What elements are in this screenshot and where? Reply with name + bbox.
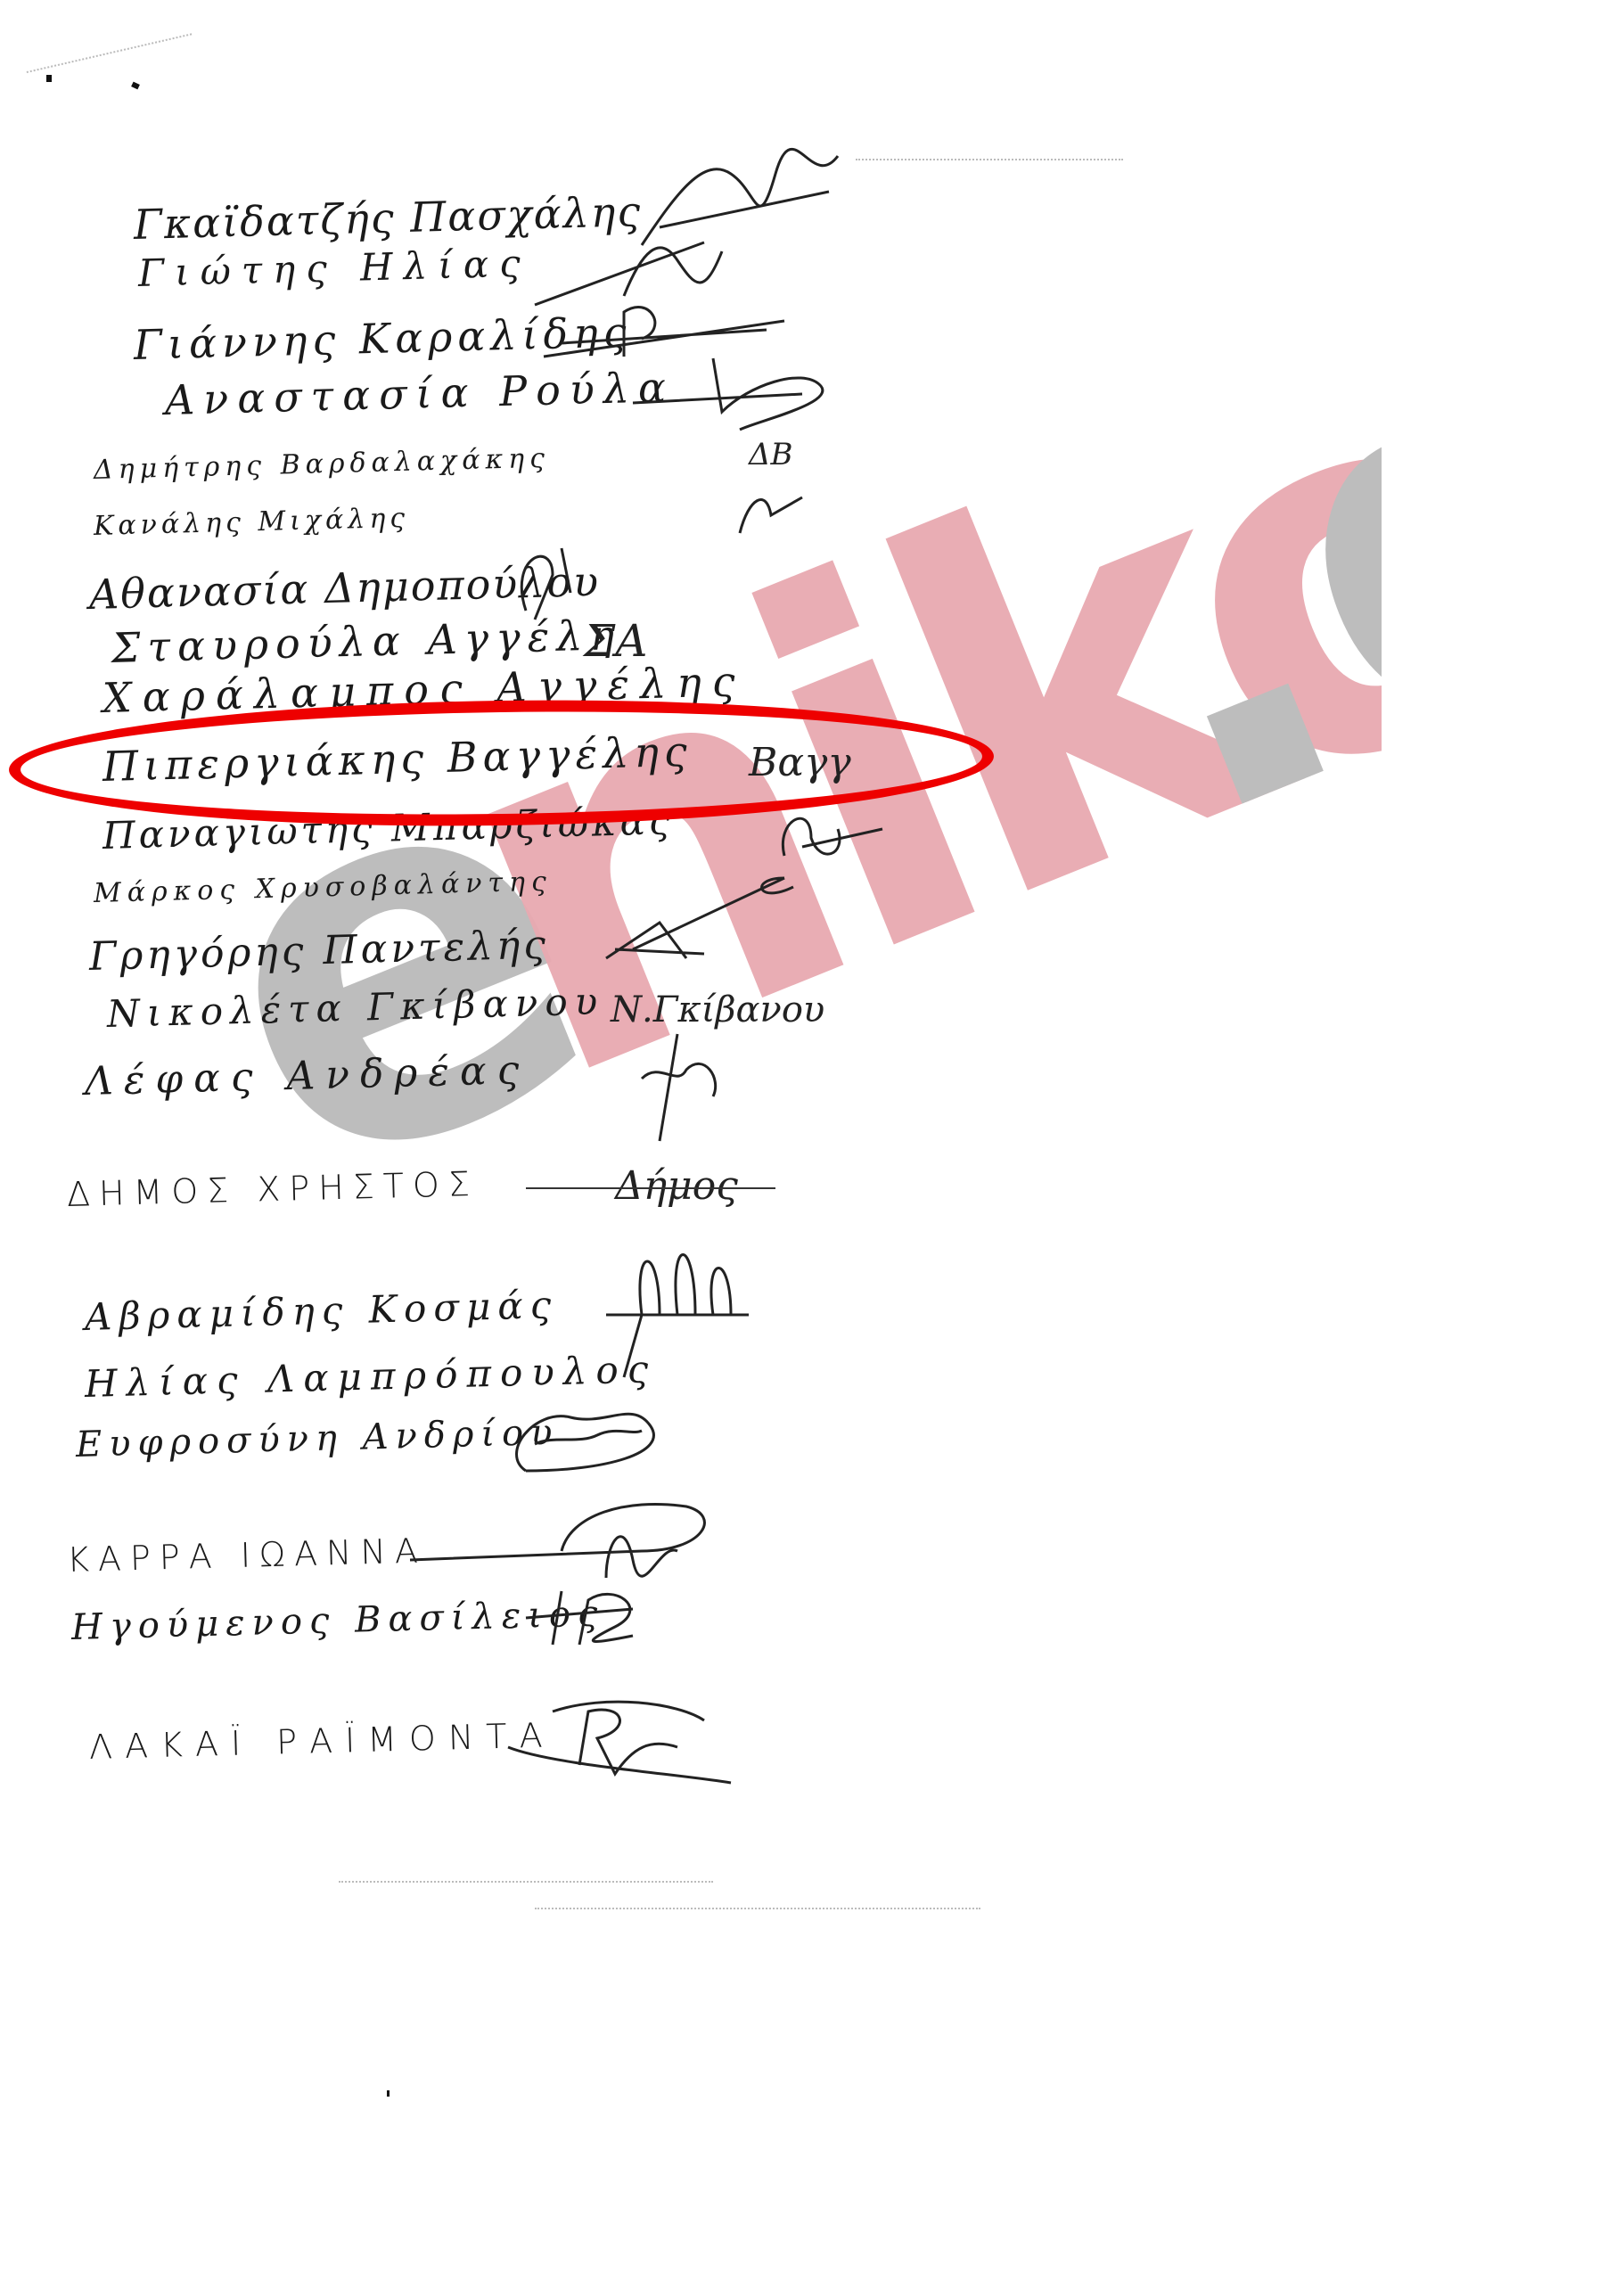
list-item: ΔΗΜΟΣ ΧΡΗΣΤΟΣ Δήμος <box>0 1168 1624 1230</box>
signer-name: Αναστασία Ρούλα <box>164 363 675 424</box>
list-item: Δημήτρης Βαρδαλαχάκης ΔΒ <box>0 441 1624 504</box>
list-item: Γιώτης Ηλίας <box>0 242 1624 305</box>
signer-name: Δημήτρης Βαρδαλαχάκης <box>94 443 551 486</box>
signer-name: Μάρκος Χρυσοβαλάντης <box>94 866 554 909</box>
list-item: ΛΑΚΑΪ ΡΑΪΜΟΝΤΑ <box>0 1720 1624 1783</box>
signature-mark <box>731 488 811 542</box>
signature-mark <box>517 1582 660 1662</box>
signer-name: Γιώτης Ηλίας <box>137 241 531 295</box>
signature-mark: ΔΒ <box>749 437 793 472</box>
signer-name: Ευφροσύνη Ανδρίου <box>75 1412 560 1465</box>
list-item: Γρηγόρης Παντελής <box>0 927 1624 989</box>
scan-artifact-line <box>535 1908 980 1910</box>
list-item: Ευφροσύνη Ανδρίου <box>0 1417 1624 1480</box>
scan-artifact-dot <box>387 2090 390 2097</box>
scan-artifact-dot <box>131 82 140 90</box>
scan-artifact-line <box>27 33 193 74</box>
signer-name: Λέφας Ανδρέας <box>84 1047 530 1104</box>
scan-artifact-dot <box>46 75 52 82</box>
signer-name: Αβραμίδης Κοσμάς <box>84 1283 558 1339</box>
list-item: Νικολέτα Γκίβανου Ν.Γκίβανου <box>0 985 1624 1047</box>
signer-name: Κανάλης Μιχάλης <box>94 503 410 542</box>
list-item: Λέφας Ανδρέας <box>0 1052 1624 1114</box>
signature-mark <box>588 914 713 976</box>
scanned-document-page: e nikos .gr Γκαϊδατζής Πασχάλης Γιώτης Η… <box>0 0 1624 2282</box>
signer-name: Γρηγόρης Παντελής <box>88 922 549 979</box>
list-item: Αβραμίδης Κοσμάς <box>0 1288 1624 1350</box>
list-item: Κανάλης Μιχάλης <box>0 497 1624 560</box>
signer-name: ΚΑΡΡΑ ΙΩΑΝΝΑ <box>66 1531 427 1580</box>
signer-name: ΛΑΚΑΪ ΡΑΪΜΟΝΤΑ <box>88 1715 555 1767</box>
list-item: Μάρκος Χρυσοβαλάντης <box>0 869 1624 932</box>
signer-name: ΔΗΜΟΣ ΧΡΗΣΤΟΣ <box>66 1164 479 1214</box>
signature-mark <box>624 1025 749 1150</box>
signature-mark <box>499 1694 749 1801</box>
signature-underline <box>526 1187 775 1190</box>
scan-artifact-line <box>339 1881 713 1884</box>
list-item: Ηλίας Λαμπρόπουλος <box>0 1355 1624 1417</box>
signature-mark <box>499 1382 677 1489</box>
list-item: Αναστασία Ρούλα <box>0 367 1624 430</box>
scan-artifact-line <box>856 159 1123 161</box>
signature-mark <box>624 349 838 439</box>
signer-name: Νικολέτα Γκίβανου <box>106 979 604 1036</box>
list-item: Ηγούμενος Βασίλειος <box>0 1600 1624 1662</box>
signature-mark: Δήμος <box>615 1163 738 1209</box>
list-item: ΚΑΡΡΑ ΙΩΑΝΝΑ <box>0 1533 1624 1596</box>
